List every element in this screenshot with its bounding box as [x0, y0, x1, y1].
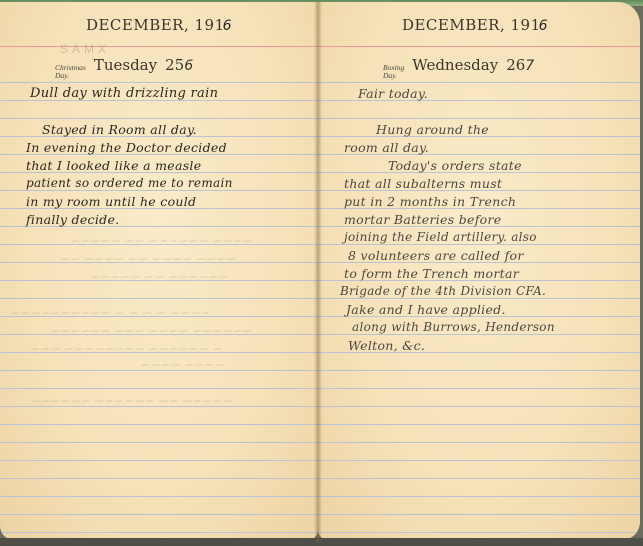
ruled-line	[318, 370, 640, 371]
entry-line: finally decide.	[26, 212, 119, 227]
entry-line: patient so ordered me to remain	[26, 176, 233, 190]
ruled-line	[318, 244, 640, 245]
month-year-text: DECEMBER, 191	[402, 16, 541, 34]
ruled-line	[0, 118, 318, 119]
bleed-through-text: ~~~~~~ ~~ ~~~~~	[90, 270, 228, 284]
day-heading: Boxing Day. Wednesday 267	[383, 56, 534, 80]
ruled-line	[0, 298, 318, 299]
entry-line: joining the Field artillery. also	[344, 230, 537, 244]
bleed-through-text: ~~~~~~ ~~~~ ~~~ ~~~~~~	[50, 324, 252, 338]
weekday: Wednesday	[412, 56, 498, 74]
ruled-line	[318, 406, 640, 407]
ruled-line	[318, 442, 640, 443]
entry-line: Fair today.	[358, 86, 428, 101]
ruled-line	[0, 190, 318, 191]
entry-line: Dull day with drizzling rain	[30, 86, 218, 101]
ruled-line	[0, 514, 318, 515]
ruled-line	[318, 514, 640, 515]
month-header: DECEMBER, 1916	[0, 16, 318, 34]
right-page: DECEMBER, 1916 Boxing Day. Wednesday 267…	[318, 2, 640, 540]
entry-line: put in 2 months in Trench	[344, 194, 516, 209]
entry-line: along with Burrows, Henderson	[352, 320, 555, 334]
ruled-line	[0, 388, 318, 389]
ruled-line	[0, 532, 318, 533]
handwritten-date-digit: 6	[184, 58, 193, 74]
bleed-through-text: ~~~~ ~~~~~~ ~~ ~~~~~	[70, 234, 252, 248]
day-heading: Christmas Day. Tuesday 256	[55, 56, 193, 80]
ruled-line	[0, 442, 318, 443]
entry-line: Jake and I have applied.	[346, 302, 506, 317]
ruled-line	[318, 532, 640, 533]
entry-line: Brigade of the 4th Division CFA.	[340, 284, 546, 298]
handwritten-year-digit: 6	[539, 18, 548, 34]
month-year-text: DECEMBER, 191	[86, 16, 225, 34]
entry-line: mortar Batteries before	[344, 212, 501, 227]
red-header-rule	[0, 46, 318, 47]
ruled-line	[318, 298, 640, 299]
entry-line: In evening the Doctor decided	[26, 140, 227, 155]
bleed-through-text: ~ ~~~~~~ ~~~~~~~~ ~~~	[30, 342, 222, 356]
handwritten-date-digit: 7	[525, 58, 534, 74]
ruled-line	[318, 388, 640, 389]
red-header-rule	[318, 46, 640, 47]
entry-line: in my room until he could	[26, 194, 196, 209]
ruled-line	[0, 82, 318, 83]
printed-date: 25	[165, 56, 184, 74]
ruled-line	[318, 496, 640, 497]
ruled-line	[318, 478, 640, 479]
handwritten-year-digit: 6	[223, 18, 232, 34]
holiday-label-line2: Day.	[55, 72, 86, 80]
holiday-label: Christmas Day.	[55, 64, 86, 80]
faint-pencil-note: SAMX	[60, 42, 110, 56]
entry-line: room all day.	[344, 140, 429, 155]
entry-line: 8 volunteers are called for	[348, 248, 524, 263]
ruled-line	[0, 424, 318, 425]
diary-spread: DECEMBER, 1916 SAMX Christmas Day. Tuesd…	[0, 2, 643, 540]
entry-line: Hung around the	[376, 122, 489, 137]
bleed-through-text: ~~~~~ ~~ ~~~~~~ ~~~~~~	[30, 394, 232, 408]
bleed-through-text: ~~~~ ~ ~ ~ ~ ~~~~~~~~~~	[10, 306, 210, 320]
ruled-line	[0, 460, 318, 461]
ruled-line	[0, 478, 318, 479]
date-number: 267	[506, 56, 534, 74]
weekday: Tuesday	[94, 56, 157, 74]
ruled-line	[318, 460, 640, 461]
bleed-through-text: ~~~~ ~~~~	[140, 358, 224, 372]
entry-line: Stayed in Room all day.	[42, 122, 197, 137]
ruled-line	[318, 334, 640, 335]
date-number: 256	[165, 56, 193, 74]
ruled-line	[318, 82, 640, 83]
printed-date: 26	[506, 56, 525, 74]
holiday-label: Boxing Day.	[383, 64, 404, 80]
page-gutter	[314, 2, 322, 542]
entry-line: Welton, &c.	[348, 338, 425, 353]
ruled-line	[0, 496, 318, 497]
month-header: DECEMBER, 1916	[318, 16, 640, 34]
holiday-label-line2: Day.	[383, 72, 404, 80]
entry-line: that all subalterns must	[344, 176, 502, 191]
entry-line: that I looked like a measle	[26, 158, 201, 173]
left-page: DECEMBER, 1916 SAMX Christmas Day. Tuesd…	[0, 2, 318, 540]
entry-line: to form the Trench mortar	[344, 266, 519, 281]
bleed-through-text: ~~~~ ~~~~ ~~ ~~~~ ~~	[60, 252, 236, 266]
entry-line: Today's orders state	[388, 158, 522, 173]
ruled-line	[318, 424, 640, 425]
ruled-line	[318, 118, 640, 119]
